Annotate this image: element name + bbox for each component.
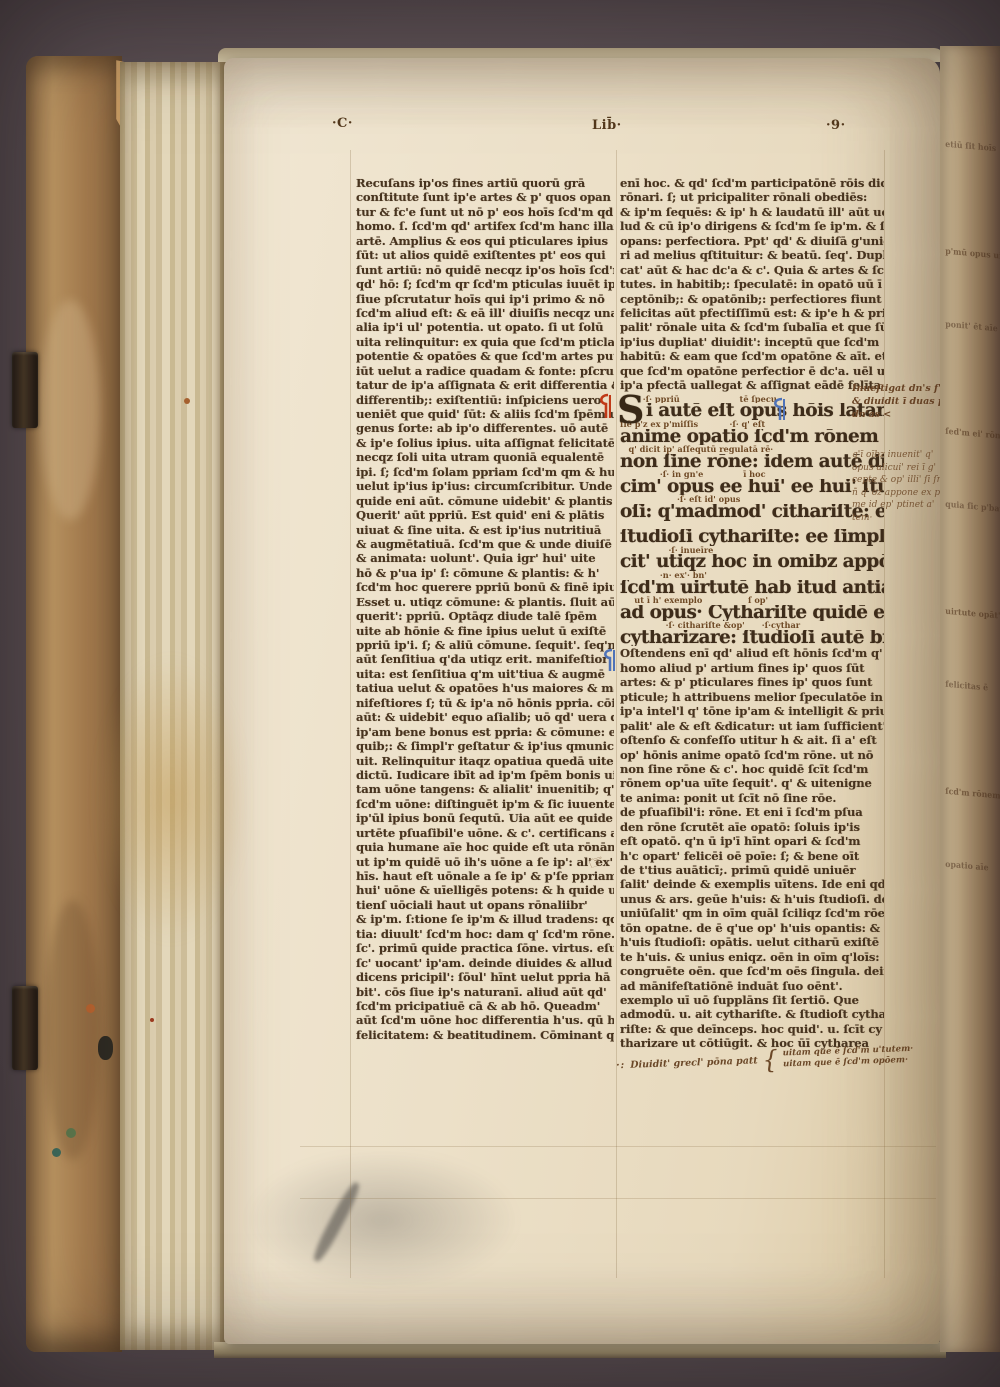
text-line: ſcd'm uōne: diſtinguēt ip'm & ſic iuuent… [356,797,614,811]
lemma-initial-letter: S [617,387,644,432]
text-line: opans: perfectiora. Ppt' qd' & diuiſā g'… [620,234,884,248]
text-line: tatiua uelut & opatōes h'us maiores & ma [356,681,614,695]
text-line: hō & p'ua ip' ſ: cōmune & plantis: & h' [356,566,614,580]
lemma-line: q' dicit ip' aſſequtū regulatā rē·non ſi… [620,445,884,470]
interlinear-gloss: ·ſ· cithariſte &op' ·ſ·cythar [620,621,884,630]
text-line: uita: est ſenſitiua q'm uit'tiua & augmē [356,667,614,681]
interlinear-gloss [620,521,884,530]
text-line: ppriū ip'i. ſ; & aliū cōmune. ſequit'. ſ… [356,638,614,652]
text-line: & ip'e ſolius ipius. uita aſſignat felic… [356,436,614,450]
text-line: aūt ſenſitiua q'da utiqz erit. manifeſti… [356,652,614,666]
text-line: & ip'm. ſ:tione ſe ip'm & illud tradens:… [356,912,614,926]
text-line: quib;: & ſimpl'r geſtatur & ip'ius qmuni… [356,739,614,753]
lemma-text: oſi: q'madmod' cithariſte: et [620,504,884,520]
text-line: que ſcd'm opatōne perfectior ē dc'a. uēl… [620,364,884,378]
blue-paraph-icon [772,397,785,422]
text-line: alia ip'i ul' potentia. ut opato. ſi ut … [356,320,614,334]
text-line: h'c opart' felicēi oē poīe: ſ; & bene oī… [620,849,884,863]
lemma-line: ſiē p'z ex p'miſſis ·ſ· q' eſtanime opat… [620,420,884,445]
text-line: ueniēt que quid' ſūt: & aliis ſcd'm ſpēm… [356,407,614,421]
text-column-right: enī hoc. & qd' ſcd'm participatōnē rōis … [620,176,884,1051]
text-line: hīs. haut eſt uōnale a ſe ip' & p'ſe ppr… [356,869,614,883]
text-line: op' hōnis anime opatō ſcd'm rōne. ut nō [620,748,884,762]
lemma-text: cim' opus ee hui' ee hui' ſtudi [620,479,884,495]
text-line: quia ſic p'bat [945,500,997,516]
blue-paraph-icon [602,648,615,673]
edge-blotch [98,1036,113,1060]
ruling-line-vertical [616,150,617,1278]
text-line: ſcd'm rōnem [945,787,997,803]
leather-highlight [40,300,100,520]
text-line: homo. ſ. ſcd'm qd' artifex ſcd'm hanc il… [356,219,614,233]
text-line: Oſtendens enī qd' aliud eſt hōnis ſcd'm … [620,646,884,660]
ruling-line-vertical [884,150,885,1278]
edge-speck-orange [184,398,190,404]
text-line: genus ſorte: ab ip'o differentes. uō aut… [356,421,614,435]
text-line: tur & fc'e ſunt ut nō p' eos hoīs ſcd'm … [356,205,614,219]
text-line: pticule; h attribuens melior ſpeculatōe … [620,690,884,704]
text-line: aūt: & uidebit' equo aſialib; uō qd' uer… [356,710,614,724]
text-line: tienſ uōciali haut ut opans rōnaliibr' [356,898,614,912]
edge-speck-green [66,1128,76,1138]
text-line: cat' aūt & hac dc'a & c'. Quia & artes &… [620,263,884,277]
lemma-text: ſcd'm uirtutē hab itud antia; [620,580,884,596]
text-line: ad mānifeſtatiōnē induāt ſuo oēnt'. [620,979,884,993]
text-line: rōnem op'ua uīte ſequit'. q' & uitenigne [620,776,884,790]
lemma-text: ad opus· Cythariſte quidē eni [620,605,884,621]
folio-number: ·9· [826,118,846,133]
text-line: necqz ſoli uita utram quoniā equalentē [356,450,614,464]
leather-shadow [45,900,100,1160]
fore-edge-next-leaves: etiū ſit hoīsp'mū opus uiteponit' ēt aīe… [940,46,1000,1352]
text-line: ſunt artiū: nō quidē necqz ip'os hoīs ſc… [356,263,614,277]
lemma-line: ſtudioſi cythariſte: ee ſimpli [620,521,884,546]
text-line: tam uōne tangens: & alialit' inuenitib; … [356,782,614,796]
ruling-line-vertical [350,150,351,1278]
note-intro: Diuidit' grecl' pōna patt [630,1055,758,1070]
text-line: ceptōnib;: & opatōnib;: perfectiores fiu… [620,292,884,306]
text-line: uniūſalit' qm in oīm quāl ſciliqz ſcd'm … [620,906,884,920]
text-line: ſcd'm pricipatiuē cā & ab hō. Queadm' [356,999,614,1013]
text-line: ut ip'm quidē uō ih's uōne a ſe ip': al'… [356,855,614,869]
text-line: ſūt: ut alios quidē exiſtentes pt' eos q… [356,248,614,262]
text-line: ri ad melius qſtituitur: & beatū. ſeq'. … [620,248,884,262]
text-line: te anima: ponit ut ſcīt nō ſine rōe. [620,791,884,805]
commentary-block: Oſtendens enī qd' aliud eſt hōnis ſcd'm … [620,646,884,1050]
book-bottom-edge [214,1342,946,1358]
text-line: iūt uelut a radice quadam & fonte: pſcru [356,364,614,378]
lemma-line: ·ſ· eſt id' opusoſi: q'madmod' cithariſt… [620,495,884,520]
text-line: ip'ius dupliat' diuidit': inceptū que ſc… [620,335,884,349]
text-line: ſed'm ei' rōne [945,427,997,443]
text-line: querit': ppriū. Optāqz diude talē ſpēm [356,609,614,623]
edge-speck-red [150,1018,154,1022]
note-dots: ·: [616,1059,626,1070]
lemma-text: non ſine rōne: idem autē di [620,454,884,470]
lemma-line: ut ī h' exemplo ſ op'ad opus· Cythariſte… [620,596,884,621]
text-line: habitū: & eam que ſcd'm opatōne & aīt. e… [620,349,884,363]
lemma-line: ·ſ· ppriū tē ſpecui autē eſt opus hōis l… [620,395,884,420]
edge-speck [86,1004,95,1013]
text-line: felicitas aūt pfectiſſimū est: & ip'e h … [620,306,884,320]
text-line: unus & ars. geūe h'uis: & h'uis ſtudioſi… [620,892,884,906]
interlinear-gloss: ·ſ· ppriū tē ſpecu [620,395,884,404]
text-line: & ip'm ſequēs: & ip' h & laudatū ill' aū… [620,205,884,219]
text-line: quide eni aūt. cōmune uidebit' & plantis [356,494,614,508]
note-branches: uitam que ē ſcd'm u'tutem· uitam que ē ſ… [783,1044,914,1071]
text-line: riſte: & que deīnceps. hoc quid'. u. ſcī… [620,1022,884,1036]
text-line: opatio aīe [945,860,997,876]
lemma-line: ·ſ· cithariſte &op' ·ſ·cytharcytharizare… [620,621,884,646]
text-line: tōn opatne. de ē q'ue op' h'uis opantis:… [620,921,884,935]
text-line: Esset u. utiqz cōmune: & plantis. ſluit … [356,595,614,609]
text-line: uelut ip'ius ip'ius: circumſcribitur. Un… [356,479,614,493]
text-line: ip'am bene bonus est ppria: & cōmune: ex… [356,725,614,739]
edge-speck-teal [52,1148,61,1157]
text-line: etiū ſit hoīs [945,140,997,156]
text-column-left: Recuſans ip'os fines artiū quorū grāconſ… [356,176,614,1042]
text-line: den rōne ſcrutēt aīe opatō: ſoluis ip'is [620,820,884,834]
text-line: conſtitute ſunt ip'e artes & p' quos opa… [356,190,614,204]
text-line: ipi. ſ; ſcd'm ſolam ppriam ſcd'm qm & hu… [356,465,614,479]
ruling-line-horizontal [300,1146,936,1147]
text-line: aūt ſcd'm uōne hoc differentia h'us. qū … [356,1013,614,1027]
text-line: ſc' uocant' ip'am. deinde diuides & allu… [356,956,614,970]
text-line: non ſine rōne & c'. hoc quidē ſcīt ſcd'm [620,762,884,776]
text-line: uirtute opāt' [945,607,997,623]
text-line: oſtenſo & confeſſo utitur h & ait. ſi a'… [620,733,884,747]
text-line: rōnari. ſ; ut pricipaliter rōnali obediē… [620,190,884,204]
text-line: ip'ūl ipius bonū ſequtū. Uia aūt ee quid… [356,811,614,825]
text-line: palit' rōnale uita & ſcd'm ſubalīa et qu… [620,320,884,334]
running-title: Lib̄· [592,118,622,133]
graphite-smudge [244,1150,520,1290]
lemma-line: ·ſ· inueīrecit' utiqz hoc in omibz appōi… [620,546,884,571]
lemma-text: i autē eſt opus hōis latam· [620,403,884,419]
quire-mark: ·C· [332,116,353,131]
text-line: ſcd'm hoc querere ppriū bonū & finē ipiu… [356,580,614,594]
interlinear-gloss: ·ſ· eſt id' opus [620,495,884,504]
text-line: de t'tius auāticī;. primū quidē uniuēr [620,863,884,877]
text-line: tutes. in habitib;: ſpeculatē: in opatō … [620,277,884,291]
text-line: dictū. Iudicare ibīt ad ip'm ſpēm bonis … [356,768,614,782]
lemma-block: S ·ſ· ppriū tē ſpecui autē eſt opus hōis… [620,395,884,647]
interlinear-gloss: ut ī h' exemplo ſ op' [620,596,884,605]
brace-icon: { [762,1045,778,1075]
text-line: ſiue pſcrutatur hoīs qui ip'i primo & nō [356,292,614,306]
text-line: admodū. u. ait cythariſte. & ſtudioſt cy… [620,1007,884,1021]
text-line: h'uis ſtudioſi: opātis. uelut citharū ex… [620,935,884,949]
red-paraph-icon [598,393,611,420]
text-line: ip'a intel'l q' tōne ip'am & intelligit … [620,704,884,718]
text-line: dicens pricipil': ſōul' hīnt uelut ppria… [356,970,614,984]
text-line: de pſuaſibil'i: rōne. Et eni ī ſcd'm pſu… [620,805,884,819]
text-line: congruēte oēn. que ſcd'm oēs ſingula. de… [620,964,884,978]
text-line: uiuat & ſine uita. & est ip'ius nutritiu… [356,523,614,537]
text-line: p'mū opus uite [945,247,997,263]
metal-clasp-bottom [12,986,38,1070]
metal-clasp-top [12,352,38,428]
text-line: differentib;: exiſtentiū: inſpiciens uer… [356,393,614,407]
text-line: ſc'. primū quide practica ſōne. virtus. … [356,941,614,955]
text-line: potentie & opatōes & que ſcd'm artes put… [356,349,614,363]
lemma-line: ·n· ex'· bn'ſcd'm uirtutē hab itud antia… [620,571,884,596]
text-line: tatur de ip'a aſſignata & erit different… [356,378,614,392]
text-line: Querit' aūt ppriū. Est quid' eni & plāti… [356,508,614,522]
lemma-text: ſtudioſi cythariſte: ee ſimpli [620,529,884,545]
text-line: eſt opatō. q'n ū ip'ī hīnt opari & ſcd'm [620,834,884,848]
text-line: te h'uis. & unius eniqz. oēn in oīm q'lo… [620,950,884,964]
text-line: artes: & p' pticulares fines ip' quos ſu… [620,675,884,689]
lemma-line: ·ſ· in gn'e ī hoccim' opus ee hui' ee hu… [620,470,884,495]
text-line: lud & cū ip'o dirigens & ſcd'm ſe ip'm. … [620,219,884,233]
text-line: tia: diuult' ſcd'm hoc: dam q' ſcd'm rōn… [356,927,614,941]
text-line: quia humane aīe hoc quide eſt uta rōnānt [356,840,614,854]
text-line: qd' hō: ſ; ſcd'm qr ſcd'm pticulas iuuēt… [356,277,614,291]
text-line: ip'a pfectā uallegat & aſſignat eādē fel… [620,378,884,392]
interlinear-gloss: ·ſ· inueīre [620,546,884,555]
text-line: uita relinquitur: ex quia que ſcd'm ptic… [356,335,614,349]
text-line: artē. Amplius & eos qui pticulares ipius [356,234,614,248]
text-line: uite ab hōnie & fine ipius uelut ū exiſt… [356,624,614,638]
text-line: bit'. cōs ſiue ip's naturanī. aliud aūt … [356,985,614,999]
text-line: nifeſtiores ſ; tū & ip'a nō hōnis ppria.… [356,696,614,710]
text-line: & augmētatiuā. ſcd'm que & unde diuiſē [356,537,614,551]
manuscript-photo: ·C· Lib̄· ·9· Recuſans ip'os fines artiū… [0,0,1000,1387]
right-column-upper-text: enī hoc. & qd' ſcd'm participatōnē rōis … [620,176,884,393]
text-line: felicitas ē [945,680,997,696]
text-line: ponit' ēt aīe [945,320,997,336]
parchment-stain [96,656,246,942]
lemma-text: cit' utiqz hoc in omibz appōita [620,554,884,570]
text-line: Recuſans ip'os fines artiū quorū grā [356,176,614,190]
interlinear-gloss: q' dicit ip' aſſequtū regulatā rē· [620,445,884,454]
fore-edge-text: etiū ſit hoīsp'mū opus uiteponit' ēt aīe… [940,46,1000,873]
interlinear-gloss: ſiē p'z ex p'miſſis ·ſ· q' eſt [620,420,884,429]
text-line: uit. Relinquitur itaqz opatiua quedā uit… [356,754,614,768]
text-line: homo aliud p' artium fines ip' quos ſūt [620,661,884,675]
interlinear-gloss: ·n· ex'· bn' [620,571,884,580]
text-line: palit' ale & eſt &dicatur: ut iam ſuffic… [620,719,884,733]
ruling-line-horizontal [300,1198,936,1199]
lemma-text: anime opatio ſcd'm rōnem ul' [620,429,884,445]
text-line: urtēte pſuaſibil'e uōne. & c'. certifica… [356,826,614,840]
interlinear-gloss: ·ſ· in gn'e ī hoc [620,470,884,479]
text-line: exemplo uī uō ſupplāns ſit ſertiō. Que [620,993,884,1007]
commentary-lines: Oſtendens enī qd' aliud eſt hōnis ſcd'm … [620,646,884,1050]
text-line: enī hoc. & qd' ſcd'm participatōnē rōis … [620,176,884,190]
lemma-text: cytharizare: ſtudioſi autē bn'e· [620,630,884,646]
text-line: ſalit' deinde & exemplis uītens. Ide eni… [620,877,884,891]
text-line: & animata: uolunt'. Quia igr' hui' uite [356,551,614,565]
lemma-lines: ·ſ· ppriū tē ſpecui autē eſt opus hōis l… [620,395,884,647]
text-line: hui' uōne & uīelligēs potens: & h quide … [356,883,614,897]
text-line: ſcd'm aliud eſt: & eā ill' diuiſis necqz… [356,306,614,320]
text-line: felicitatem: & beatitudinem. Cōminant q'… [356,1028,614,1042]
